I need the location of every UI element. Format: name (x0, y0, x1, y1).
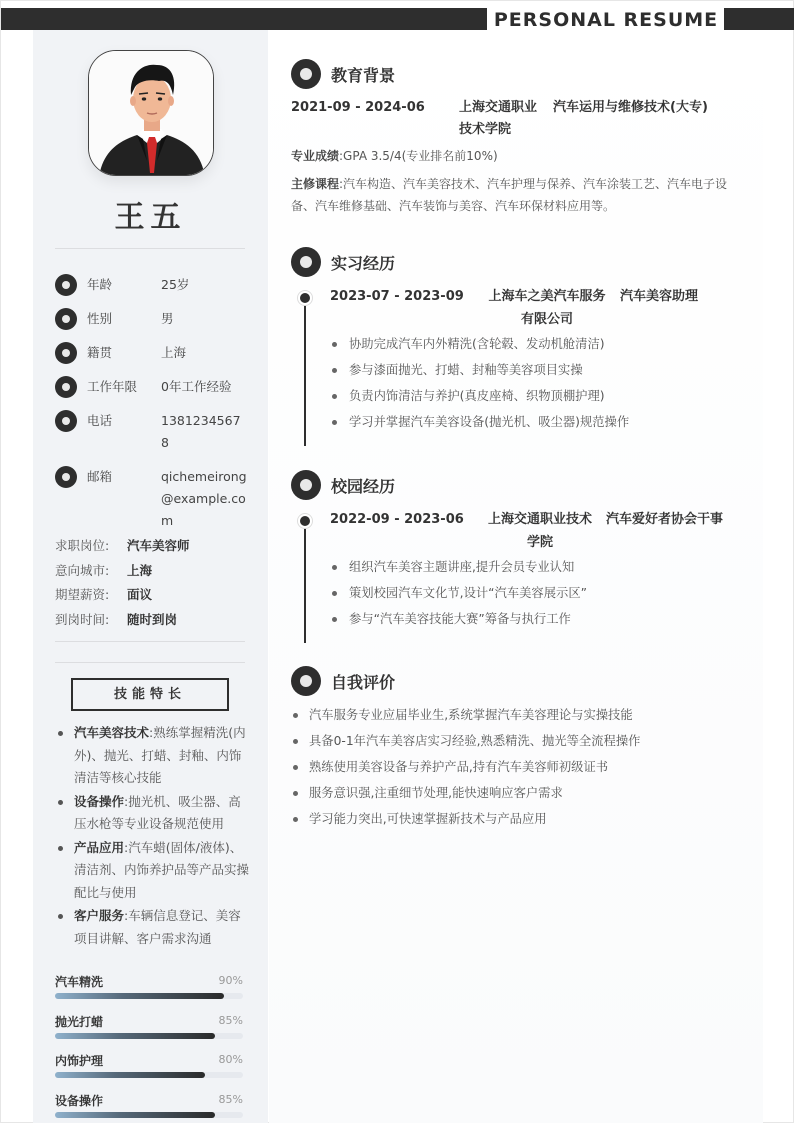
progress-track (55, 1112, 243, 1118)
timeline-dot-icon (298, 514, 312, 528)
ring-bullet-icon (55, 466, 77, 488)
list-item: 学习能力突出,可快速掌握新技术与产品应用 (291, 806, 741, 832)
edu-major: 汽车运用与维修技术(大专) (553, 97, 708, 141)
edu-date: 2021-09 - 2024-06 (291, 97, 459, 141)
ring-bullet-icon (55, 274, 77, 296)
candidate-name: 王五 (33, 192, 268, 236)
info-value: 13812345678 (161, 410, 247, 454)
list-item: 参与漆面抛光、打蜡、封釉等美容项目实操 (331, 357, 731, 383)
intent-label: 期望薪资: (55, 583, 127, 608)
ring-bullet-icon (55, 376, 77, 398)
divider (55, 662, 245, 663)
section-ring-icon (291, 59, 321, 89)
skill-key: 设备操作 (74, 794, 124, 809)
info-value: 25岁 (161, 274, 247, 296)
resume-page: PERSONAL RESUME (0, 0, 794, 1123)
internship-timeline: 2023-07 - 2023-09 上海车之美汽车服务有限公司 汽车美容助理 协… (291, 288, 751, 448)
info-label: 籍贯 (87, 342, 161, 364)
timeline-dot-icon (298, 291, 312, 305)
edu-gpa: 专业成绩:GPA 3.5/4(专业排名前10%) (291, 145, 741, 167)
info-value: 上海 (161, 342, 247, 364)
intent-value: 随时到岗 (127, 608, 177, 633)
skill-bar-percent: 80% (219, 1053, 243, 1066)
ring-bullet-icon (55, 410, 77, 432)
progress-track (55, 1033, 243, 1039)
campus-role: 汽车爱好者协会干事 (606, 508, 723, 554)
header-bar-left (1, 8, 487, 30)
list-item: 组织汽车美容主题讲座,提升会员专业认知 (331, 554, 731, 580)
main-content: 教育背景 2021-09 - 2024-06 上海交通职业技术学院 汽车运用与维… (269, 30, 763, 1123)
job-intent-list: 求职岗位: 汽车美容师 意向城市: 上海 期望薪资: 面议 到岗时间: 随时到岗 (55, 534, 255, 632)
courses-text: :汽车构造、汽车美容技术、汽车护理与保养、汽车涂装工艺、汽车电子设备、汽车维修基… (291, 177, 727, 213)
header-bar-right (724, 8, 794, 30)
skill-bar-percent: 85% (219, 1014, 243, 1027)
skill-bar-row: 内饰护理 80% (55, 1052, 245, 1092)
timeline-line (304, 298, 306, 446)
skill-bars: 汽车精洗 90% 抛光打蜡 85% 内饰护理 80% 设备操作 85% (55, 973, 245, 1123)
skill-bar-percent: 90% (219, 974, 243, 987)
skill-key: 客户服务 (74, 908, 124, 923)
intent-label: 求职岗位: (55, 534, 127, 559)
info-work-years: 工作年限 0年工作经验 (55, 376, 255, 398)
skill-key: 汽车美容技术 (74, 725, 149, 740)
divider (55, 641, 245, 642)
education-entry: 2021-09 - 2024-06 上海交通职业技术学院 汽车运用与维修技术(大… (291, 97, 741, 141)
intent-label: 到岗时间: (55, 608, 127, 633)
skill-bar-row: 抛光打蜡 85% (55, 1013, 245, 1053)
self-eval-list: 汽车服务专业应届毕业生,系统掌握汽车美容理论与实操技能 具备0-1年汽车美容店实… (291, 702, 741, 832)
avatar-portrait-icon (89, 51, 214, 176)
section-internship-header: 实习经历 (291, 247, 395, 277)
basic-info-list: 年龄 25岁 性别 男 籍贯 上海 工作年限 0年工作经验 电话 138 (55, 274, 255, 544)
info-label: 邮箱 (87, 466, 161, 488)
section-campus-header: 校园经历 (291, 470, 395, 500)
intent-value: 上海 (127, 559, 152, 584)
list-item: 学习并掌握汽车美容设备(抛光机、吸尘器)规范操作 (331, 409, 731, 435)
list-item: 协助完成汽车内外精洗(含轮毂、发动机舱清洁) (331, 331, 731, 357)
section-title: 实习经历 (331, 251, 395, 274)
skill-bar-name: 设备操作 (55, 1092, 103, 1109)
list-item: 具备0-1年汽车美容店实习经验,熟悉精洗、抛光等全流程操作 (291, 728, 741, 754)
info-value: qichemeirong@example.com (161, 466, 247, 532)
progress-fill (55, 1072, 205, 1078)
section-title: 自我评价 (331, 670, 395, 693)
progress-track (55, 993, 243, 999)
list-item: 熟练使用美容设备与养护产品,持有汽车美容师初级证书 (291, 754, 741, 780)
info-gender: 性别 男 (55, 308, 255, 330)
internship-header: 2023-07 - 2023-09 上海车之美汽车服务有限公司 汽车美容助理 (330, 285, 750, 331)
intent-salary: 期望薪资: 面议 (55, 583, 255, 608)
sidebar: 王五 年龄 25岁 性别 男 籍贯 上海 工作年限 0年工作经验 (33, 30, 268, 1123)
gpa-label: 专业成绩 (291, 149, 339, 163)
info-label: 性别 (87, 308, 161, 330)
divider (55, 248, 245, 249)
progress-fill (55, 1033, 215, 1039)
info-age: 年龄 25岁 (55, 274, 255, 296)
skill-desc-item: 产品应用:汽车蜡(固体/液体)、清洁剂、内饰养护品等产品实操配比与使用 (55, 837, 249, 905)
skill-bar-name: 内饰护理 (55, 1052, 103, 1069)
ring-bullet-icon (55, 342, 77, 364)
section-education-header: 教育背景 (291, 59, 395, 89)
info-label: 电话 (87, 410, 161, 432)
campus-date: 2022-09 - 2023-06 (330, 508, 478, 554)
list-item: 参与“汽车美容技能大赛”筹备与执行工作 (331, 606, 731, 632)
avatar (88, 50, 214, 176)
skill-desc-item: 客户服务:车辆信息登记、美容项目讲解、客户需求沟通 (55, 905, 249, 950)
timeline-line (304, 521, 306, 643)
info-label: 年龄 (87, 274, 161, 296)
intent-city: 意向城市: 上海 (55, 559, 255, 584)
skill-key: 产品应用 (74, 840, 124, 855)
skill-bar-row: 汽车精洗 90% (55, 973, 245, 1013)
campus-org: 上海交通职业技术学院 (488, 508, 592, 554)
section-title: 教育背景 (331, 63, 395, 86)
intent-start-time: 到岗时间: 随时到岗 (55, 608, 255, 633)
info-hometown: 籍贯 上海 (55, 342, 255, 364)
edu-school: 上海交通职业技术学院 (459, 97, 539, 141)
info-email: 邮箱 qichemeirong@example.com (55, 466, 255, 532)
progress-track (55, 1072, 243, 1078)
intent-label: 意向城市: (55, 559, 127, 584)
list-item: 负责内饰清洁与养护(真皮座椅、织物顶棚护理) (331, 383, 731, 409)
courses-label: 主修课程 (291, 177, 339, 191)
info-value: 男 (161, 308, 247, 330)
skill-desc-item: 汽车美容技术:熟练掌握精洗(内外)、抛光、打蜡、封釉、内饰清洁等核心技能 (55, 722, 249, 790)
intent-value: 汽车美容师 (127, 534, 190, 559)
section-ring-icon (291, 470, 321, 500)
gpa-text: :GPA 3.5/4(专业排名前10%) (339, 149, 498, 163)
internship-role: 汽车美容助理 (620, 285, 698, 331)
progress-fill (55, 993, 224, 999)
skill-bar-row: 设备操作 85% (55, 1092, 245, 1123)
section-ring-icon (291, 666, 321, 696)
internship-date: 2023-07 - 2023-09 (330, 285, 478, 331)
edu-courses: 主修课程:汽车构造、汽车美容技术、汽车护理与保养、汽车涂装工艺、汽车电子设备、汽… (291, 173, 741, 217)
list-item: 汽车服务专业应届毕业生,系统掌握汽车美容理论与实操技能 (291, 702, 741, 728)
internship-items: 协助完成汽车内外精洗(含轮毂、发动机舱清洁) 参与漆面抛光、打蜡、封釉等美容项目… (331, 331, 731, 435)
section-self-eval-header: 自我评价 (291, 666, 395, 696)
internship-org: 上海车之美汽车服务有限公司 (488, 285, 606, 331)
info-value: 0年工作经验 (161, 376, 247, 398)
section-ring-icon (291, 247, 321, 277)
campus-timeline: 2022-09 - 2023-06 上海交通职业技术学院 汽车爱好者协会干事 组… (291, 511, 751, 646)
skill-bar-name: 汽车精洗 (55, 973, 103, 990)
skills-section-title: 技能特长 (71, 678, 229, 711)
ring-bullet-icon (55, 308, 77, 330)
skill-bar-name: 抛光打蜡 (55, 1013, 103, 1030)
intent-value: 面议 (127, 583, 152, 608)
campus-header: 2022-09 - 2023-06 上海交通职业技术学院 汽车爱好者协会干事 (330, 508, 750, 554)
campus-items: 组织汽车美容主题讲座,提升会员专业认知 策划校园汽车文化节,设计“汽车美容展示区… (331, 554, 731, 632)
intent-position: 求职岗位: 汽车美容师 (55, 534, 255, 559)
skills-description-list: 汽车美容技术:熟练掌握精洗(内外)、抛光、打蜡、封釉、内饰清洁等核心技能 设备操… (55, 722, 249, 951)
skill-desc-item: 设备操作:抛光机、吸尘器、高压水枪等专业设备规范使用 (55, 791, 249, 836)
list-item: 策划校园汽车文化节,设计“汽车美容展示区” (331, 580, 731, 606)
skill-bar-percent: 85% (219, 1093, 243, 1106)
info-label: 工作年限 (87, 376, 161, 398)
list-item: 服务意识强,注重细节处理,能快速响应客户需求 (291, 780, 741, 806)
info-phone: 电话 13812345678 (55, 410, 255, 454)
section-title: 校园经历 (331, 474, 395, 497)
progress-fill (55, 1112, 215, 1118)
